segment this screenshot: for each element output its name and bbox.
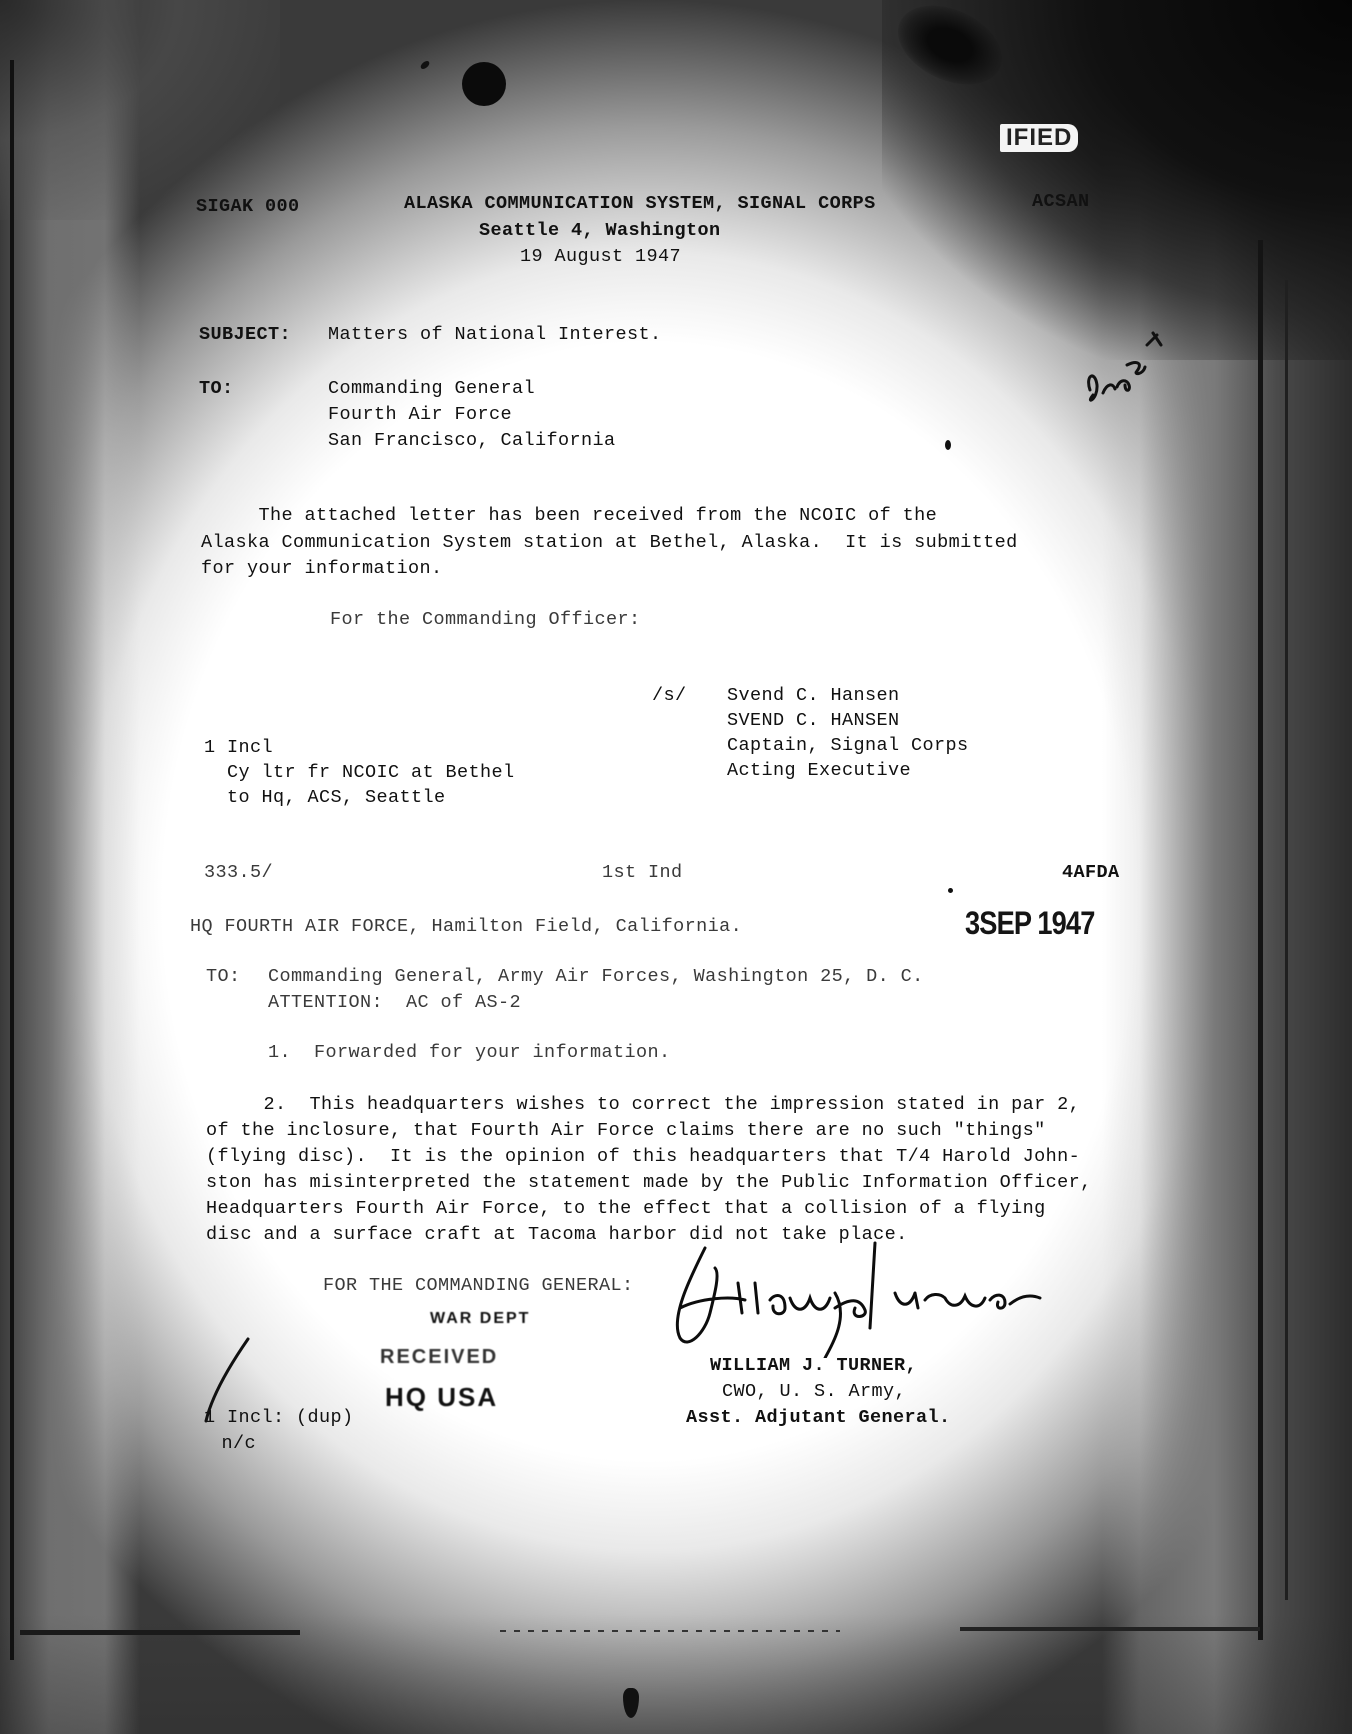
memo-document: SIGAK 000 ALASKA COMMUNICATION SYSTEM, S… [0, 0, 1352, 1734]
indorsement-to-line: Commanding General, Army Air Forces, Was… [268, 964, 924, 990]
indorsement-signer-line: CWO, U. S. Army, [722, 1379, 906, 1405]
indorsement-signer-line: Asst. Adjutant General. [686, 1405, 951, 1431]
received-date-stamp: 3SEP 1947 [965, 905, 1094, 942]
received-stamp-line: HQ USA [385, 1382, 498, 1413]
indorsement-for-line: FOR THE COMMANDING GENERAL: [323, 1273, 634, 1299]
office-symbol: ACSAN [1032, 189, 1090, 215]
memo-date: 19 August 1947 [520, 244, 681, 270]
signer-line: Acting Executive [727, 758, 911, 784]
indorsement-paragraph-2-line: Headquarters Fourth Air Force, to the ef… [206, 1196, 1046, 1222]
signer-line: Captain, Signal Corps [727, 733, 969, 759]
indorsement-paragraph-2-line: (flying disc). It is the opinion of this… [206, 1144, 1080, 1170]
enclosure-line: Cy ltr fr NCOIC at Bethel [204, 760, 515, 786]
classification-stamp: IFIED [1000, 124, 1078, 152]
signed-mark: /s/ [652, 683, 687, 709]
handwritten-signature [660, 1238, 1060, 1358]
indorsement-title: 1st Ind [602, 860, 683, 886]
received-stamp-line: WAR DEPT [430, 1310, 530, 1328]
indorsement-origin: HQ FOURTH AIR FORCE, Hamilton Field, Cal… [190, 914, 742, 940]
body-line: for your information. [201, 556, 443, 582]
closing-for-line: For the Commanding Officer: [330, 607, 641, 633]
received-stamp-line: RECEIVED [380, 1346, 498, 1369]
indorsement-office-symbol: 4AFDA [1062, 860, 1120, 886]
indorsement-to-label: TO: [206, 964, 241, 990]
signer-line: Svend C. Hansen [727, 683, 900, 709]
enclosure-line: to Hq, ACS, Seattle [204, 785, 446, 811]
indorsement-paragraph-1: 1. Forwarded for your information. [268, 1040, 671, 1066]
body-line: Alaska Communication System station at B… [201, 530, 1018, 556]
enclosure-line: 1 Incl [204, 735, 273, 761]
subject-text: Matters of National Interest. [328, 322, 662, 348]
signer-line: SVEND C. HANSEN [727, 708, 900, 734]
body-line: The attached letter has been received fr… [201, 503, 937, 529]
to-label: TO: [199, 376, 234, 402]
file-code: SIGAK 000 [196, 194, 300, 220]
addressee-line: Commanding General [328, 376, 535, 402]
indorsement-paragraph-2-line: of the inclosure, that Fourth Air Force … [206, 1118, 1046, 1144]
indorsement-paragraph-2-line: ston has misinterpreted the statement ma… [206, 1170, 1092, 1196]
organization-location: Seattle 4, Washington [479, 218, 721, 244]
handwritten-marginal-note [1065, 305, 1175, 415]
subject-label: SUBJECT: [199, 322, 291, 348]
addressee-line: San Francisco, California [328, 428, 616, 454]
indorsement-enclosure-line: n/c [210, 1431, 256, 1457]
addressee-line: Fourth Air Force [328, 402, 512, 428]
indorsement-signer-line: WILLIAM J. TURNER, [710, 1353, 917, 1379]
pen-check-mark [200, 1335, 260, 1425]
indorsement-attention-line: ATTENTION: AC of AS-2 [268, 990, 521, 1016]
indorsement-paragraph-2-line: 2. This headquarters wishes to correct t… [206, 1092, 1080, 1118]
indorsement-file-ref: 333.5/ [204, 860, 273, 886]
organization-name: ALASKA COMMUNICATION SYSTEM, SIGNAL CORP… [404, 191, 876, 217]
